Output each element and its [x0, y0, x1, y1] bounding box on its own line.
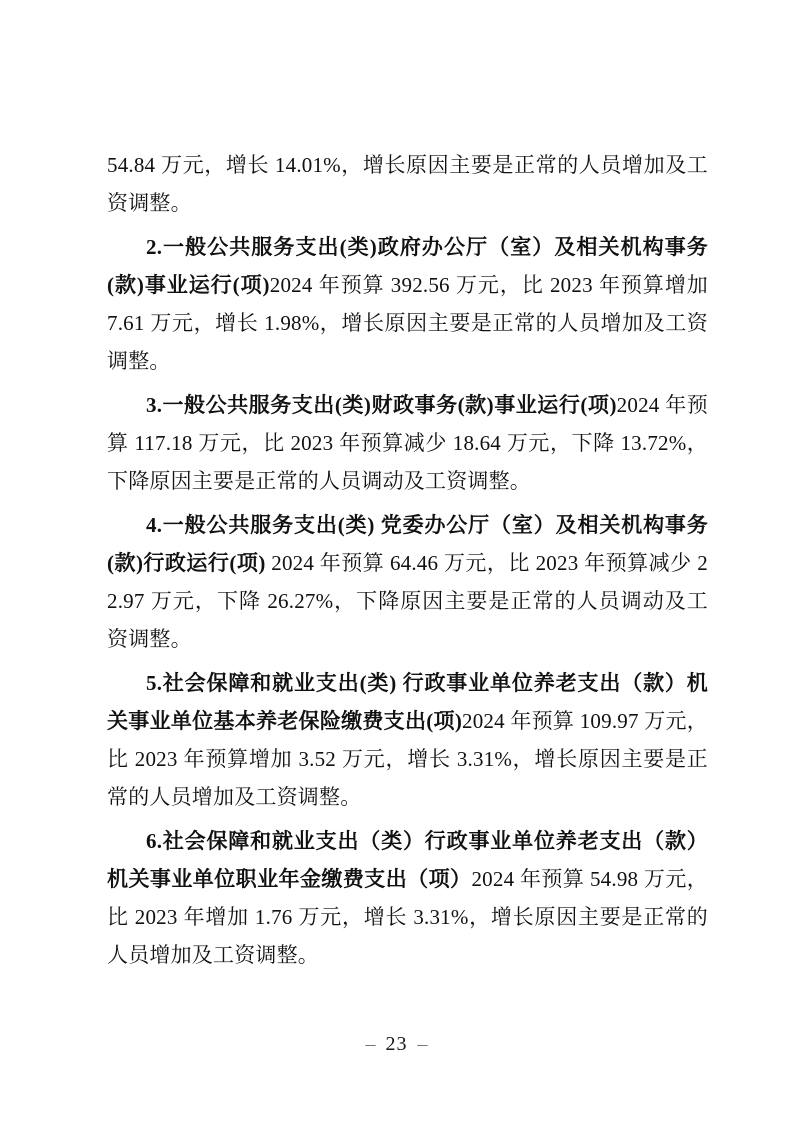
paragraph: 2.一般公共服务支出(类)政府办公厅（室）及相关机构事务(款)事业运行(项)20…	[107, 228, 708, 380]
footer-dash-left: –	[366, 1033, 376, 1055]
page-footer: –23–	[0, 1033, 793, 1056]
paragraph: 6.社会保障和就业支出（类）行政事业单位养老支出（款）机关事业单位职业年金缴费支…	[107, 822, 708, 974]
budget-item-heading-segment: 3.一般公共服务支出(类)财政事务(款)事业运行(项)	[146, 393, 617, 417]
document-body: 54.84 万元，增长 14.01%，增长原因主要是正常的人员增加及工资调整。2…	[107, 146, 708, 974]
paragraph: 54.84 万元，增长 14.01%，增长原因主要是正常的人员增加及工资调整。	[107, 146, 708, 222]
paragraph: 5.社会保障和就业支出(类) 行政事业单位养老支出（款）机关事业单位基本养老保险…	[107, 664, 708, 816]
document-page: 54.84 万元，增长 14.01%，增长原因主要是正常的人员增加及工资调整。2…	[0, 0, 793, 1122]
body-text-segment: 54.84 万元，增长 14.01%，增长原因主要是正常的人员增加及工资调整。	[107, 153, 708, 215]
paragraph: 3.一般公共服务支出(类)财政事务(款)事业运行(项)2024 年预算 117.…	[107, 386, 708, 500]
paragraph: 4.一般公共服务支出(类) 党委办公厅（室）及相关机构事务(款)行政运行(项) …	[107, 506, 708, 658]
footer-dash-right: –	[418, 1033, 428, 1055]
page-number: 23	[386, 1033, 408, 1055]
